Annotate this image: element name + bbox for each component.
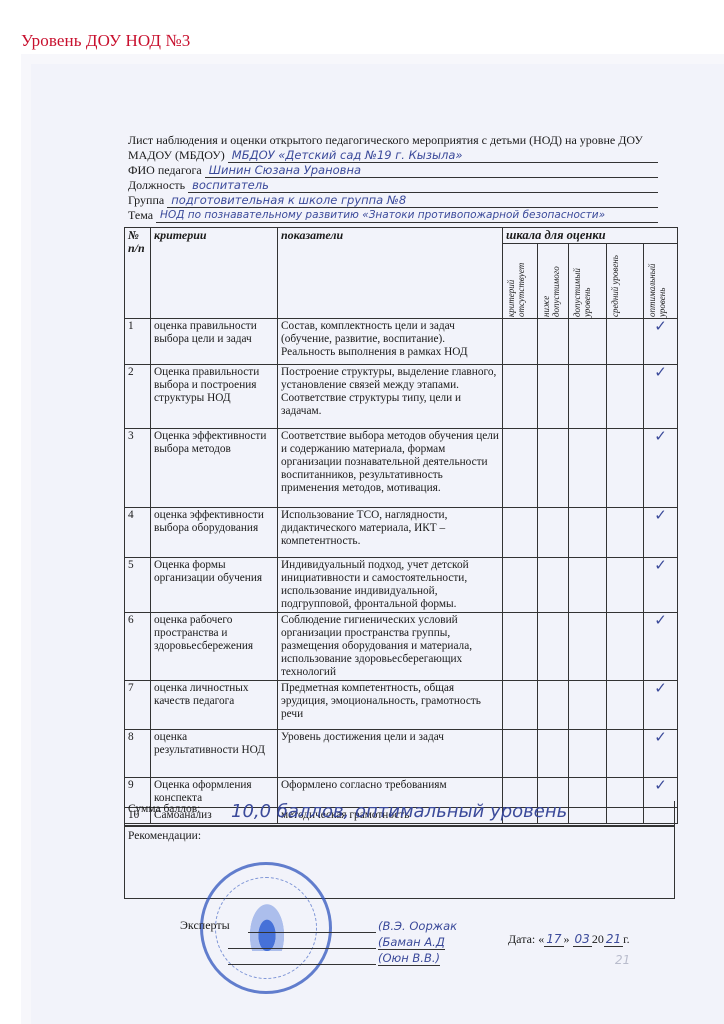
field-label: МАДОУ (МБДОУ) [128, 148, 225, 163]
row-criteria: оценка эффективности выбора оборудования [151, 508, 278, 558]
scale-cell [538, 429, 569, 508]
form-heading: Лист наблюдения и оценки открытого педаг… [128, 133, 658, 148]
scale-cell [569, 429, 607, 508]
field-label: ФИО педагога [128, 163, 202, 178]
expert-name: (Оюн В.В.) [378, 951, 440, 966]
check-mark-icon: ✓ [644, 681, 678, 730]
row-indicators: Построение структуры, выделение главного… [278, 365, 503, 429]
recommendations-label: Рекомендации: [128, 830, 201, 842]
check-mark-icon: ✓ [644, 365, 678, 429]
header-scale-col: критерий отсутствует [503, 244, 538, 319]
row-criteria: Оценка эффективности выбора методов [151, 429, 278, 508]
date-year-prefix: 20 [592, 932, 604, 946]
field-group: Группа подготовительная к школе группа №… [128, 193, 658, 208]
row-indicators: Предметная компетентность, общая эрудици… [278, 681, 503, 730]
header-scale-col: ниже допустимого [538, 244, 569, 319]
row-number: 3 [125, 429, 151, 508]
row-indicators: Состав, комплектность цели и задач (обуч… [278, 319, 503, 365]
summary-row: Сумма баллов: 10,0 баллов, оптимальный у… [124, 801, 675, 826]
scale-cell [607, 613, 644, 681]
scale-cell [538, 558, 569, 613]
scale-cell [503, 429, 538, 508]
field-label: Должность [128, 178, 185, 193]
scale-cell [538, 365, 569, 429]
scale-cell [607, 558, 644, 613]
header-scale: шкала для оценки [503, 228, 678, 244]
field-label: Группа [128, 193, 164, 208]
scale-cell [538, 730, 569, 778]
row-criteria: оценка рабочего пространства и здоровьес… [151, 613, 278, 681]
header-scale-col: оптимальный уровень [644, 244, 678, 319]
evaluation-table: № п/п критерии показатели шкала для оцен… [124, 227, 678, 824]
row-number: 5 [125, 558, 151, 613]
scale-cell [503, 319, 538, 365]
scale-cell [607, 508, 644, 558]
row-indicators: Соответствие выбора методов обучения цел… [278, 429, 503, 508]
table-row: 8оценка результативности НОДУровень дост… [125, 730, 678, 778]
row-criteria: оценка личностных качеств педагога [151, 681, 278, 730]
row-criteria: оценка правильности выбора цели и задач [151, 319, 278, 365]
header-criteria: критерии [151, 228, 278, 319]
scale-cell [569, 558, 607, 613]
scale-cell [503, 730, 538, 778]
check-mark-icon: ✓ [644, 613, 678, 681]
signature-line [248, 932, 376, 933]
scale-cell [607, 365, 644, 429]
table-row: 4оценка эффективности выбора оборудовани… [125, 508, 678, 558]
table-row: 6оценка рабочего пространства и здоровье… [125, 613, 678, 681]
summary-value: 10,0 баллов, оптимальный уровень [231, 801, 567, 822]
scale-cell [569, 613, 607, 681]
scale-cell [503, 558, 538, 613]
header-num: № п/п [125, 228, 151, 319]
scale-cell [503, 508, 538, 558]
header-scale-col: допустимый уровень [569, 244, 607, 319]
date-day: 17 [544, 932, 563, 947]
field-value: воспитатель [188, 178, 658, 193]
field-organization: МАДОУ (МБДОУ) МБДОУ «Детский сад №19 г. … [128, 148, 658, 163]
expert-name: (В.Э. Ооржак [378, 919, 457, 933]
scale-cell [607, 319, 644, 365]
date-month: 03 [573, 932, 592, 947]
scale-cell [538, 613, 569, 681]
scale-cell [538, 508, 569, 558]
field-value: МБДОУ «Детский сад №19 г. Кызыла» [228, 148, 658, 163]
scale-cell [607, 429, 644, 508]
scale-cell [569, 365, 607, 429]
row-number: 1 [125, 319, 151, 365]
date-label: Дата: [508, 932, 535, 946]
table-row: 5Оценка формы организации обученияИндиви… [125, 558, 678, 613]
scale-cell [503, 681, 538, 730]
row-number: 4 [125, 508, 151, 558]
row-indicators: Использование ТСО, наглядности, дидактич… [278, 508, 503, 558]
check-mark-icon: ✓ [644, 429, 678, 508]
table-row: 7оценка личностных качеств педагогаПредм… [125, 681, 678, 730]
date-field: Дата: «17» 032021г. [508, 932, 630, 947]
row-indicators: Соблюдение гигиенических условий организ… [278, 613, 503, 681]
field-value: НОД по познавательному развитию «Знатоки… [156, 208, 658, 223]
check-mark-icon: ✓ [644, 730, 678, 778]
table-row: 3Оценка эффективности выбора методовСоот… [125, 429, 678, 508]
scale-cell [569, 319, 607, 365]
scale-cell [538, 681, 569, 730]
field-topic: Тема НОД по познавательному развитию «Зн… [128, 208, 658, 223]
row-number: 6 [125, 613, 151, 681]
check-mark-icon: ✓ [644, 508, 678, 558]
field-teacher-name: ФИО педагога Шинин Сюзана Урановна [128, 163, 658, 178]
check-mark-icon: ✓ [644, 319, 678, 365]
row-criteria: Оценка формы организации обучения [151, 558, 278, 613]
table-row: 2Оценка правильности выбора и построения… [125, 365, 678, 429]
signature-line [228, 948, 376, 949]
row-criteria: Оценка правильности выбора и построения … [151, 365, 278, 429]
recommendations-box: Рекомендации: [124, 826, 675, 899]
date-suffix: г. [623, 932, 630, 946]
row-criteria: оценка результативности НОД [151, 730, 278, 778]
scale-cell [503, 365, 538, 429]
header-indicators: показатели [278, 228, 503, 319]
page-title: Уровень ДОУ НОД №3 [21, 31, 190, 51]
scale-cell [538, 319, 569, 365]
table-row: 1оценка правильности выбора цели и задач… [125, 319, 678, 365]
row-number: 2 [125, 365, 151, 429]
field-label: Тема [128, 208, 153, 223]
check-mark-icon: ✓ [644, 558, 678, 613]
scale-cell [503, 613, 538, 681]
signature-line [228, 964, 376, 965]
form-header: Лист наблюдения и оценки открытого педаг… [128, 133, 658, 223]
field-position: Должность воспитатель [128, 178, 658, 193]
field-value: подготовительная к школе группа №8 [167, 193, 658, 208]
scale-cell [607, 730, 644, 778]
scale-cell [569, 730, 607, 778]
scale-cell [569, 508, 607, 558]
row-number: 8 [125, 730, 151, 778]
row-indicators: Уровень достижения цели и задач [278, 730, 503, 778]
scale-cell [569, 681, 607, 730]
summary-label: Сумма баллов: [128, 803, 200, 815]
expert-name: (Баман А.Д [378, 935, 445, 950]
row-indicators: Индивидуальный подход, учет детской иниц… [278, 558, 503, 613]
row-number: 7 [125, 681, 151, 730]
field-value: Шинин Сюзана Урановна [205, 163, 658, 178]
header-scale-col: средний уровень [607, 244, 644, 319]
experts-label: Эксперты [180, 918, 230, 933]
scale-cell [607, 681, 644, 730]
date-year-suffix: 21 [604, 932, 623, 947]
faint-note: 21 [615, 953, 630, 967]
